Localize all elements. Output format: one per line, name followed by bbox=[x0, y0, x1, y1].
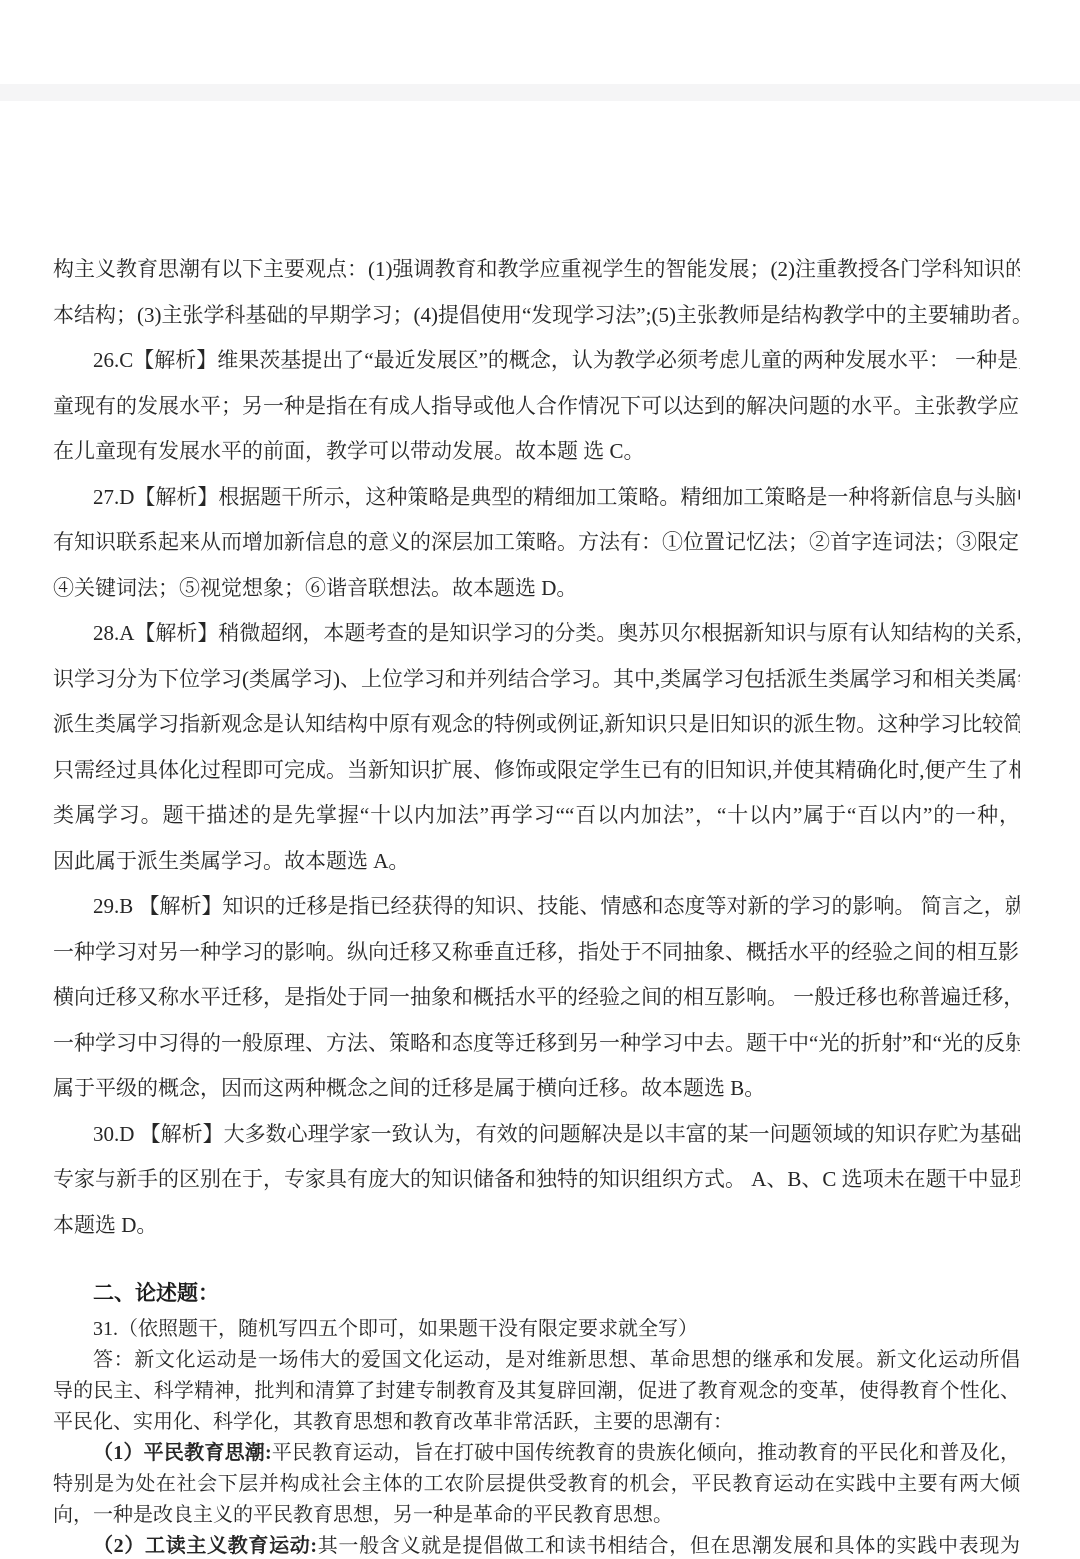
text-run: 导的民主、科学精神，批判和清算了封建专制教育及其复辟回潮，促进了教育观念的变革，… bbox=[53, 1380, 1020, 1402]
text-run: 27.D【解析】根据题干所示，这种策略是典型的精细加工策略。精细加工策略是一种将… bbox=[93, 485, 1020, 509]
text-run: 向，一种是改良主义的平民教育思想，另一种是革命的平民教育思想。 bbox=[53, 1504, 673, 1526]
document-page: 构主义教育思潮有以下主要观点：(1)强调教育和教学应重视学生的智能发展；(2)注… bbox=[0, 0, 1080, 1559]
text-line: 31.（依照题干，随机写四五个即可，如果题干没有限定要求就全写） bbox=[53, 1314, 1020, 1345]
text-line: 横向迁移又称水平迁移，是指处于同一抽象和概括水平的经验之间的相互影响。 一般迁移… bbox=[53, 975, 1020, 1021]
text-run: 平民化、实用化、科学化，其教育思想和教育改革非常活跃，主要的思潮有： bbox=[53, 1411, 733, 1433]
text-line: 答：新文化运动是一场伟大的爱国文化运动，是对维新思想、革命思想的继承和发展。新文… bbox=[53, 1345, 1020, 1376]
document-body: 构主义教育思潮有以下主要观点：(1)强调教育和教学应重视学生的智能发展；(2)注… bbox=[53, 0, 1020, 1559]
text-run: 因此属于派生类属学习。故本题选 A。 bbox=[53, 849, 409, 873]
text-run: 有知识联系起来从而增加新信息的意义的深层加工策略。方法有：①位置记忆法；②首字连… bbox=[53, 530, 1020, 554]
text-line: 一种学习中习得的一般原理、方法、策略和态度等迁移到另一种学习中去。题干中“光的折… bbox=[53, 1021, 1020, 1067]
text-line: 因此属于派生类属学习。故本题选 A。 bbox=[53, 839, 1020, 885]
text-run: 30.D 【解析】大多数心理学家一致认为，有效的问题解决是以丰富的某一问题领域的… bbox=[93, 1122, 1020, 1146]
text-line: 本题选 D。 bbox=[53, 1203, 1020, 1249]
text-run: 只需经过具体化过程即可完成。当新知识扩展、修饰或限定学生已有的旧知识,并使其精确… bbox=[53, 758, 1020, 782]
text-line: 有知识联系起来从而增加新信息的意义的深层加工策略。方法有：①位置记忆法；②首字连… bbox=[53, 520, 1020, 566]
text-line: 童现有的发展水平；另一种是指在有成人指导或他人合作情况下可以达到的解决问题的水平… bbox=[53, 384, 1020, 430]
text-line: 本结构；(3)主张学科基础的早期学习；(4)提倡使用“发现学习法”;(5)主张教… bbox=[53, 293, 1020, 339]
text-line: 一种学习对另一种学习的影响。纵向迁移又称垂直迁移，指处于不同抽象、概括水平的经验… bbox=[53, 930, 1020, 976]
text-line: ④关键词法；⑤视觉想象；⑥谐音联想法。故本题选 D。 bbox=[53, 566, 1020, 612]
text-run: 构主义教育思潮有以下主要观点：(1)强调教育和教学应重视学生的智能发展；(2)注… bbox=[53, 257, 1020, 281]
text-line: 平民化、实用化、科学化，其教育思想和教育改革非常活跃，主要的思潮有： bbox=[53, 1407, 1020, 1438]
text-line: 派生类属学习指新观念是认知结构中原有观念的特例或例证,新知识只是旧知识的派生物。… bbox=[53, 702, 1020, 748]
text-run: 横向迁移又称水平迁移，是指处于同一抽象和概括水平的经验之间的相互影响。 一般迁移… bbox=[53, 985, 1020, 1009]
text-line: 29.B 【解析】知识的迁移是指已经获得的知识、技能、情感和态度等对新的学习的影… bbox=[53, 884, 1020, 930]
text-line: 类属学习。题干描述的是先掌握“十以内加法”再学习““百以内加法”，“十以内”属于… bbox=[53, 793, 1020, 839]
text-line: 27.D【解析】根据题干所示，这种策略是典型的精细加工策略。精细加工策略是一种将… bbox=[53, 475, 1020, 521]
essay-section-heading: 二、论述题： bbox=[53, 1278, 1020, 1308]
text-line: （1）平民教育思潮:平民教育运动，旨在打破中国传统教育的贵族化倾向，推动教育的平… bbox=[53, 1438, 1020, 1469]
text-line: 只需经过具体化过程即可完成。当新知识扩展、修饰或限定学生已有的旧知识,并使其精确… bbox=[53, 748, 1020, 794]
text-run: 平民教育运动，旨在打破中国传统教育的贵族化倾向，推动教育的平民化和普及化， bbox=[272, 1442, 1020, 1464]
bold-text-run: （2）工读主义教育运动: bbox=[93, 1535, 317, 1557]
text-run: 识学习分为下位学习(类属学习)、上位学习和并列结合学习。其中,类属学习包括派生类… bbox=[53, 667, 1020, 691]
text-line: 26.C【解析】维果茨基提出了“最近发展区”的概念，认为教学必须考虑儿童的两种发… bbox=[53, 338, 1020, 384]
text-line: 28.A【解析】稍微超纲，本题考查的是知识学习的分类。奥苏贝尔根据新知识与原有认… bbox=[53, 611, 1020, 657]
text-line: 导的民主、科学精神，批判和清算了封建专制教育及其复辟回潮，促进了教育观念的变革，… bbox=[53, 1376, 1020, 1407]
text-run: 在儿童现有发展水平的前面，教学可以带动发展。故本题 选 C。 bbox=[53, 439, 645, 463]
text-run: 答：新文化运动是一场伟大的爱国文化运动，是对维新思想、革命思想的继承和发展。新文… bbox=[93, 1349, 1020, 1371]
text-line: 在儿童现有发展水平的前面，教学可以带动发展。故本题 选 C。 bbox=[53, 429, 1020, 475]
text-run: 派生类属学习指新观念是认知结构中原有观念的特例或例证,新知识只是旧知识的派生物。… bbox=[53, 712, 1020, 736]
text-line: （2）工读主义教育运动:其一般含义就是提倡做工和读书相结合，但在思潮发展和具体的… bbox=[53, 1531, 1020, 1559]
text-line: 构主义教育思潮有以下主要观点：(1)强调教育和教学应重视学生的智能发展；(2)注… bbox=[53, 247, 1020, 293]
answer-explanations-text: 构主义教育思潮有以下主要观点：(1)强调教育和教学应重视学生的智能发展；(2)注… bbox=[53, 247, 1020, 1248]
text-run: 童现有的发展水平；另一种是指在有成人指导或他人合作情况下可以达到的解决问题的水平… bbox=[53, 394, 1020, 418]
text-run: 专家与新手的区别在于，专家具有庞大的知识储备和独特的知识组织方式。 A、B、C … bbox=[53, 1167, 1020, 1191]
text-line: 30.D 【解析】大多数心理学家一致认为，有效的问题解决是以丰富的某一问题领域的… bbox=[53, 1112, 1020, 1158]
text-run: 26.C【解析】维果茨基提出了“最近发展区”的概念，认为教学必须考虑儿童的两种发… bbox=[93, 348, 1020, 372]
text-run: 特别是为处在社会下层并构成社会主体的工农阶层提供受教育的机会，平民教育运动在实践… bbox=[53, 1473, 1020, 1495]
text-line: 属于平级的概念，因而这两种概念之间的迁移是属于横向迁移。故本题选 B。 bbox=[53, 1066, 1020, 1112]
text-run: 29.B 【解析】知识的迁移是指已经获得的知识、技能、情感和态度等对新的学习的影… bbox=[93, 894, 1020, 918]
text-run: 28.A【解析】稍微超纲，本题考查的是知识学习的分类。奥苏贝尔根据新知识与原有认… bbox=[93, 621, 1020, 645]
text-run: 类属学习。题干描述的是先掌握“十以内加法”再学习““百以内加法”，“十以内”属于… bbox=[53, 803, 1020, 827]
text-line: 特别是为处在社会下层并构成社会主体的工农阶层提供受教育的机会，平民教育运动在实践… bbox=[53, 1469, 1020, 1500]
text-run: 本题选 D。 bbox=[53, 1213, 157, 1237]
text-line: 专家与新手的区别在于，专家具有庞大的知识储备和独特的知识组织方式。 A、B、C … bbox=[53, 1157, 1020, 1203]
text-line: 向，一种是改良主义的平民教育思想，另一种是革命的平民教育思想。 bbox=[53, 1500, 1020, 1531]
bold-text-run: （1）平民教育思潮: bbox=[93, 1442, 272, 1464]
text-run: ④关键词法；⑤视觉想象；⑥谐音联想法。故本题选 D。 bbox=[53, 576, 577, 600]
text-line: 识学习分为下位学习(类属学习)、上位学习和并列结合学习。其中,类属学习包括派生类… bbox=[53, 657, 1020, 703]
text-run: 其一般含义就是提倡做工和读书相结合，但在思潮发展和具体的实践中表现为 bbox=[317, 1535, 1020, 1557]
text-run: 属于平级的概念，因而这两种概念之间的迁移是属于横向迁移。故本题选 B。 bbox=[53, 1076, 765, 1100]
essay-answer-text: 31.（依照题干，随机写四五个即可，如果题干没有限定要求就全写）答：新文化运动是… bbox=[53, 1314, 1020, 1559]
text-run: 一种学习中习得的一般原理、方法、策略和态度等迁移到另一种学习中去。题干中“光的折… bbox=[53, 1031, 1020, 1055]
text-run: 一种学习对另一种学习的影响。纵向迁移又称垂直迁移，指处于不同抽象、概括水平的经验… bbox=[53, 940, 1020, 964]
text-run: 31.（依照题干，随机写四五个即可，如果题干没有限定要求就全写） bbox=[93, 1318, 698, 1340]
text-run: 本结构；(3)主张学科基础的早期学习；(4)提倡使用“发现学习法”;(5)主张教… bbox=[53, 303, 1020, 327]
